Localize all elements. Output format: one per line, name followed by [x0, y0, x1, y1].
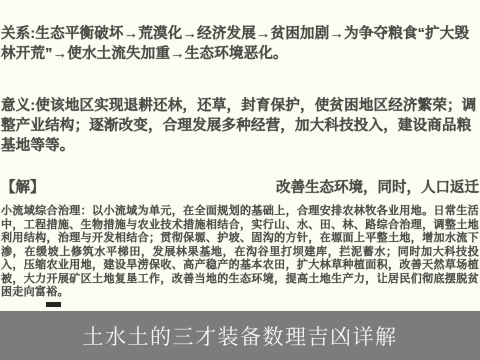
paragraph-relation: 关系:生态平衡破坏→荒漠化→经济发展→贫困加剧→为争夺粮食“扩大毁林开荒”→使水… [1, 24, 479, 64]
bracket-label: 【解】 [1, 178, 45, 198]
paragraph-detail: 小流域综合治理：以小流域为单元，在全面规划的基础上，合理安排农林牧各业用地。日常… [1, 205, 479, 300]
bracket-note: 改善生态环境，同时，人口返迁 [276, 178, 479, 198]
bracket-row: 【解】 改善生态环境，同时，人口返迁 [1, 178, 479, 198]
title-banner: 土水土的三才装备数理吉凶详解 [0, 311, 480, 360]
article-content: 关系:生态平衡破坏→荒漠化→经济发展→贫困加剧→为争夺粮食“扩大毁林开荒”→使水… [1, 24, 479, 300]
article-page: 关系:生态平衡破坏→荒漠化→经济发展→贫困加剧→为争夺粮食“扩大毁林开荒”→使水… [0, 0, 480, 360]
divider-dash [46, 302, 61, 307]
page-title: 土水土的三才装备数理吉凶详解 [83, 321, 398, 351]
paragraph-meaning: 意义:使该地区实现退耕还林，还草，封育保护，使贫困地区经济繁荣；调整产业结构；逐… [1, 96, 479, 156]
